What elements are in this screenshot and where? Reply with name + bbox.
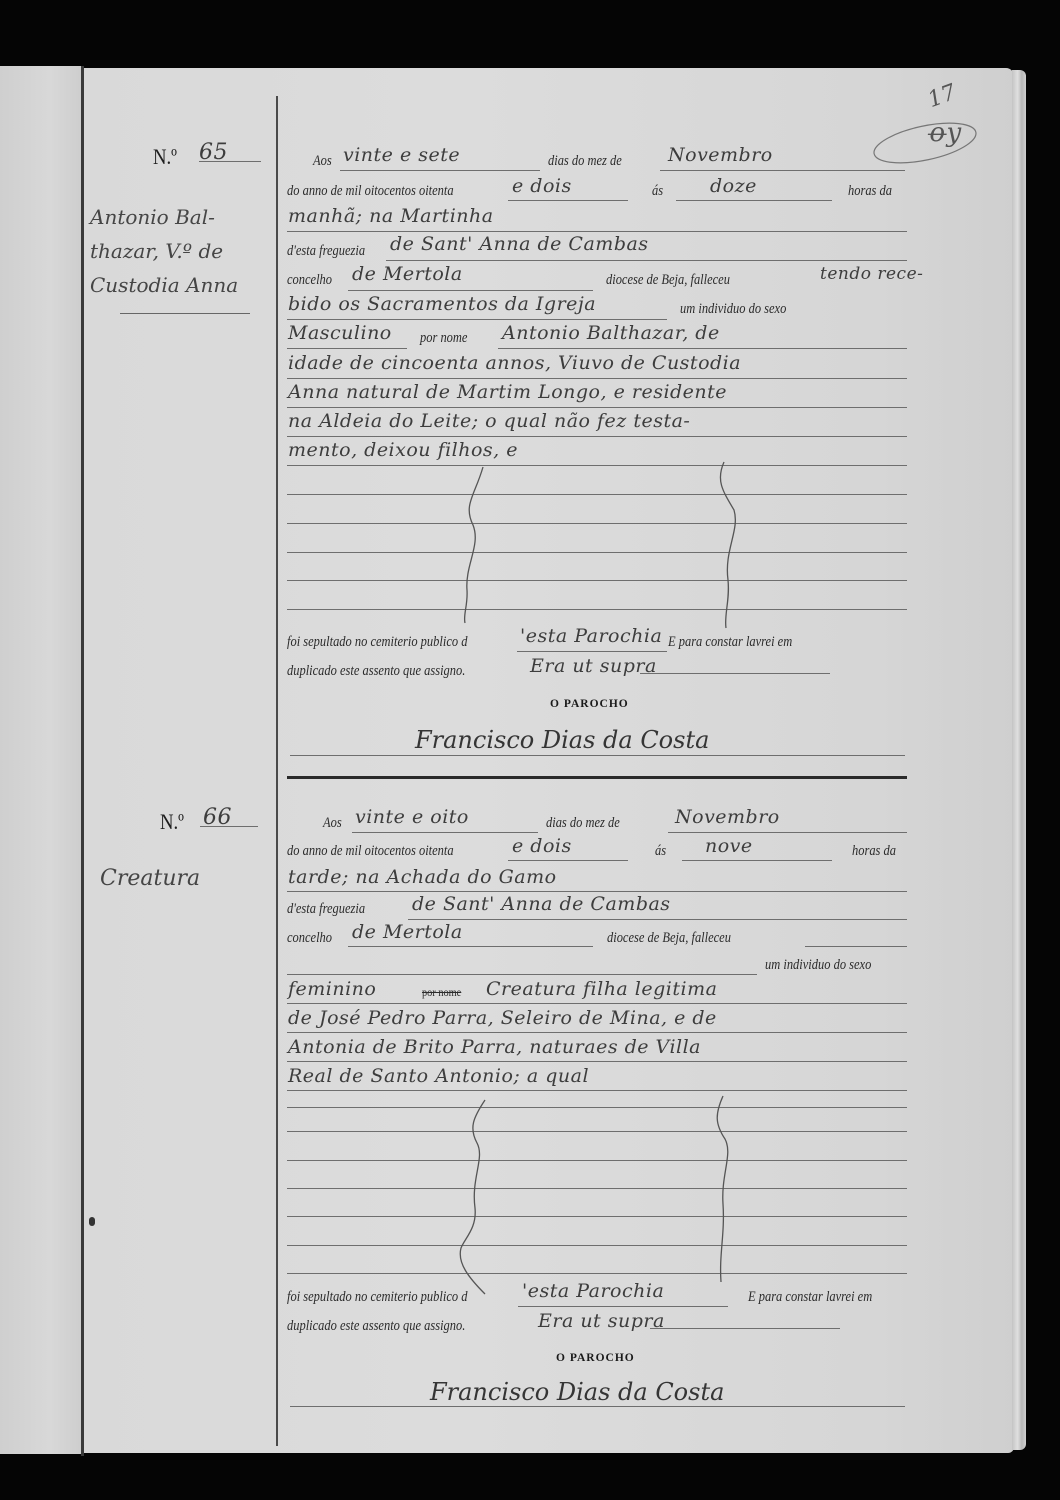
blank-line — [287, 1107, 907, 1108]
priest-signature: Francisco Dias da Costa — [415, 726, 709, 754]
field-line — [650, 1328, 840, 1329]
blank-line — [287, 494, 907, 495]
label-diocese: diocese de Beja, falleceu — [606, 272, 730, 289]
field-line — [518, 1306, 728, 1307]
field-line — [287, 378, 907, 379]
blank-line — [287, 1245, 907, 1246]
field-month: Novembro — [675, 806, 780, 828]
priest-signature: Francisco Dias da Costa — [430, 1378, 724, 1406]
page-stack-edge — [1012, 70, 1026, 1450]
field-line — [408, 919, 907, 920]
field-line — [517, 651, 667, 652]
label-individuo: um individuo do sexo — [765, 957, 871, 974]
field-line — [287, 1003, 907, 1004]
folio-oval-icon — [870, 115, 980, 175]
field-line — [287, 1061, 907, 1062]
field-line — [508, 860, 628, 861]
field-line — [508, 200, 628, 201]
margin-note-underline — [120, 313, 250, 314]
margin-note-line: Custodia Anna — [90, 268, 238, 302]
number-underline — [200, 826, 258, 827]
facing-page-left — [0, 66, 83, 1454]
field-hour: nove — [705, 835, 753, 857]
field-line — [287, 974, 757, 975]
field-line — [287, 891, 907, 892]
field-line — [287, 1090, 907, 1091]
field-line — [660, 170, 905, 171]
blank-line — [287, 1188, 907, 1189]
label-aos: Aos — [313, 153, 332, 170]
field-line — [348, 946, 593, 947]
label-burial: foi sepultado no cemiterio publico d — [287, 1289, 467, 1306]
ink-spot — [89, 1217, 95, 1226]
label-dias-do-mez: dias do mez de — [548, 153, 622, 170]
field-line — [640, 673, 830, 674]
field-line — [287, 465, 907, 466]
field-details: Real de Santo Antonio; a qual — [288, 1065, 589, 1087]
field-details: idade de cincoenta annos, Viuvo de Custo… — [288, 352, 741, 374]
column-divider — [276, 96, 278, 1446]
field-time-place: manhã; na Martinha — [288, 205, 494, 227]
field-line — [287, 348, 407, 349]
blank-line — [287, 523, 907, 524]
margin-note-name: Creatura — [100, 862, 200, 896]
margin-note-line: thazar, V.º de — [90, 234, 238, 268]
field-line — [340, 170, 540, 171]
field-line — [287, 231, 907, 232]
label-horas-da: horas da — [852, 843, 896, 860]
margin-note-line: Creatura — [100, 862, 200, 896]
field-hour: doze — [710, 175, 757, 197]
signature-line — [290, 1406, 905, 1407]
blank-line — [287, 552, 907, 553]
field-year: e dois — [512, 175, 572, 197]
margin-note-line: Antonio Bal- — [90, 200, 238, 234]
label-concelho: concelho — [287, 930, 332, 947]
field-line — [287, 319, 667, 320]
label-as: ás — [652, 183, 663, 200]
cancel-squiggle-icon — [705, 1094, 745, 1284]
label-anno: do anno de mil oitocentos oitenta — [287, 843, 454, 860]
label-aos: Aos — [323, 815, 342, 832]
signature-title: O PAROCHO — [556, 1352, 635, 1364]
field-cemetery: 'esta Parochia — [522, 1280, 664, 1302]
field-line — [287, 1032, 907, 1033]
label-dias-do-mez: dias do mez de — [546, 815, 620, 832]
record-number-label: N.º — [160, 809, 184, 835]
field-line — [287, 436, 907, 437]
field-name: Creatura filha legitima — [486, 978, 717, 1000]
blank-line — [287, 1131, 907, 1132]
cancel-squiggle-icon — [455, 465, 495, 625]
label-para-constar: E para constar lavrei em — [668, 634, 792, 651]
field-time-place: tarde; na Achada do Gamo — [288, 866, 557, 888]
label-as: ás — [655, 843, 666, 860]
label-por-nome: por nome — [420, 330, 467, 347]
field-line — [348, 290, 593, 291]
label-individuo: um individuo do sexo — [680, 301, 786, 318]
record-separator — [287, 776, 907, 779]
label-freguezia: d'esta freguezia — [287, 901, 365, 918]
field-sacraments: tendo rece- — [820, 264, 923, 284]
blank-line — [287, 1273, 907, 1274]
field-details: na Aldeia do Leite; o qual não fez testa… — [288, 410, 690, 432]
field-day: vinte e sete — [343, 144, 460, 166]
field-details: de José Pedro Parra, Seleiro de Mina, e … — [288, 1007, 717, 1029]
label-duplicado: duplicado este assento que assigno. — [287, 663, 465, 680]
field-details: Anna natural de Martim Longo, e resident… — [288, 381, 727, 403]
field-month: Novembro — [668, 144, 773, 166]
label-concelho: concelho — [287, 272, 332, 289]
field-year: e dois — [512, 835, 572, 857]
field-era-ut-supra: Era ut supra — [538, 1310, 665, 1332]
blank-line — [287, 1216, 907, 1217]
field-line — [498, 348, 907, 349]
field-line — [805, 946, 907, 947]
number-underline — [199, 161, 261, 162]
field-line — [668, 832, 907, 833]
label-freguezia: d'esta freguezia — [287, 243, 365, 260]
field-line — [682, 860, 832, 861]
field-municipality: de Mertola — [352, 921, 463, 943]
label-diocese: diocese de Beja, falleceu — [607, 930, 731, 947]
label-para-constar: E para constar lavrei em — [748, 1289, 872, 1306]
field-details: mento, deixou filhos, e — [288, 439, 518, 461]
field-line — [676, 200, 832, 201]
cancel-squiggle-icon — [455, 1098, 505, 1298]
field-parish: de Sant' Anna de Cambas — [412, 893, 671, 915]
field-day: vinte e oito — [355, 806, 469, 828]
field-sex: feminino — [288, 978, 376, 1000]
field-details: Antonia de Brito Parra, naturaes de Vill… — [288, 1036, 701, 1058]
field-cemetery: 'esta Parochia — [520, 625, 662, 647]
field-line — [386, 260, 907, 261]
field-parish: de Sant' Anna de Cambas — [390, 233, 649, 255]
field-name: Antonio Balthazar, de — [502, 322, 720, 344]
cancel-squiggle-icon — [710, 460, 750, 630]
field-line — [352, 832, 538, 833]
blank-line — [287, 580, 907, 581]
field-sacraments-cont: bido os Sacramentos da Igreja — [288, 293, 596, 315]
blank-line — [287, 609, 907, 610]
record-number-label: N.º — [153, 144, 177, 170]
label-burial: foi sepultado no cemiterio publico d — [287, 634, 467, 651]
field-sex: Masculino — [288, 322, 392, 344]
label-duplicado: duplicado este assento que assigno. — [287, 1318, 465, 1335]
signature-title: O PAROCHO — [550, 698, 629, 710]
blank-line — [287, 1160, 907, 1161]
signature-line — [290, 755, 905, 756]
field-era-ut-supra: Era ut supra — [530, 655, 657, 677]
field-municipality: de Mertola — [352, 263, 463, 285]
margin-note-name: Antonio Bal- thazar, V.º de Custodia Ann… — [90, 200, 238, 302]
field-line — [287, 407, 907, 408]
label-por-nome-struck: por nome — [422, 985, 461, 1000]
label-horas-da: horas da — [848, 183, 892, 200]
label-anno: do anno de mil oitocentos oitenta — [287, 183, 454, 200]
